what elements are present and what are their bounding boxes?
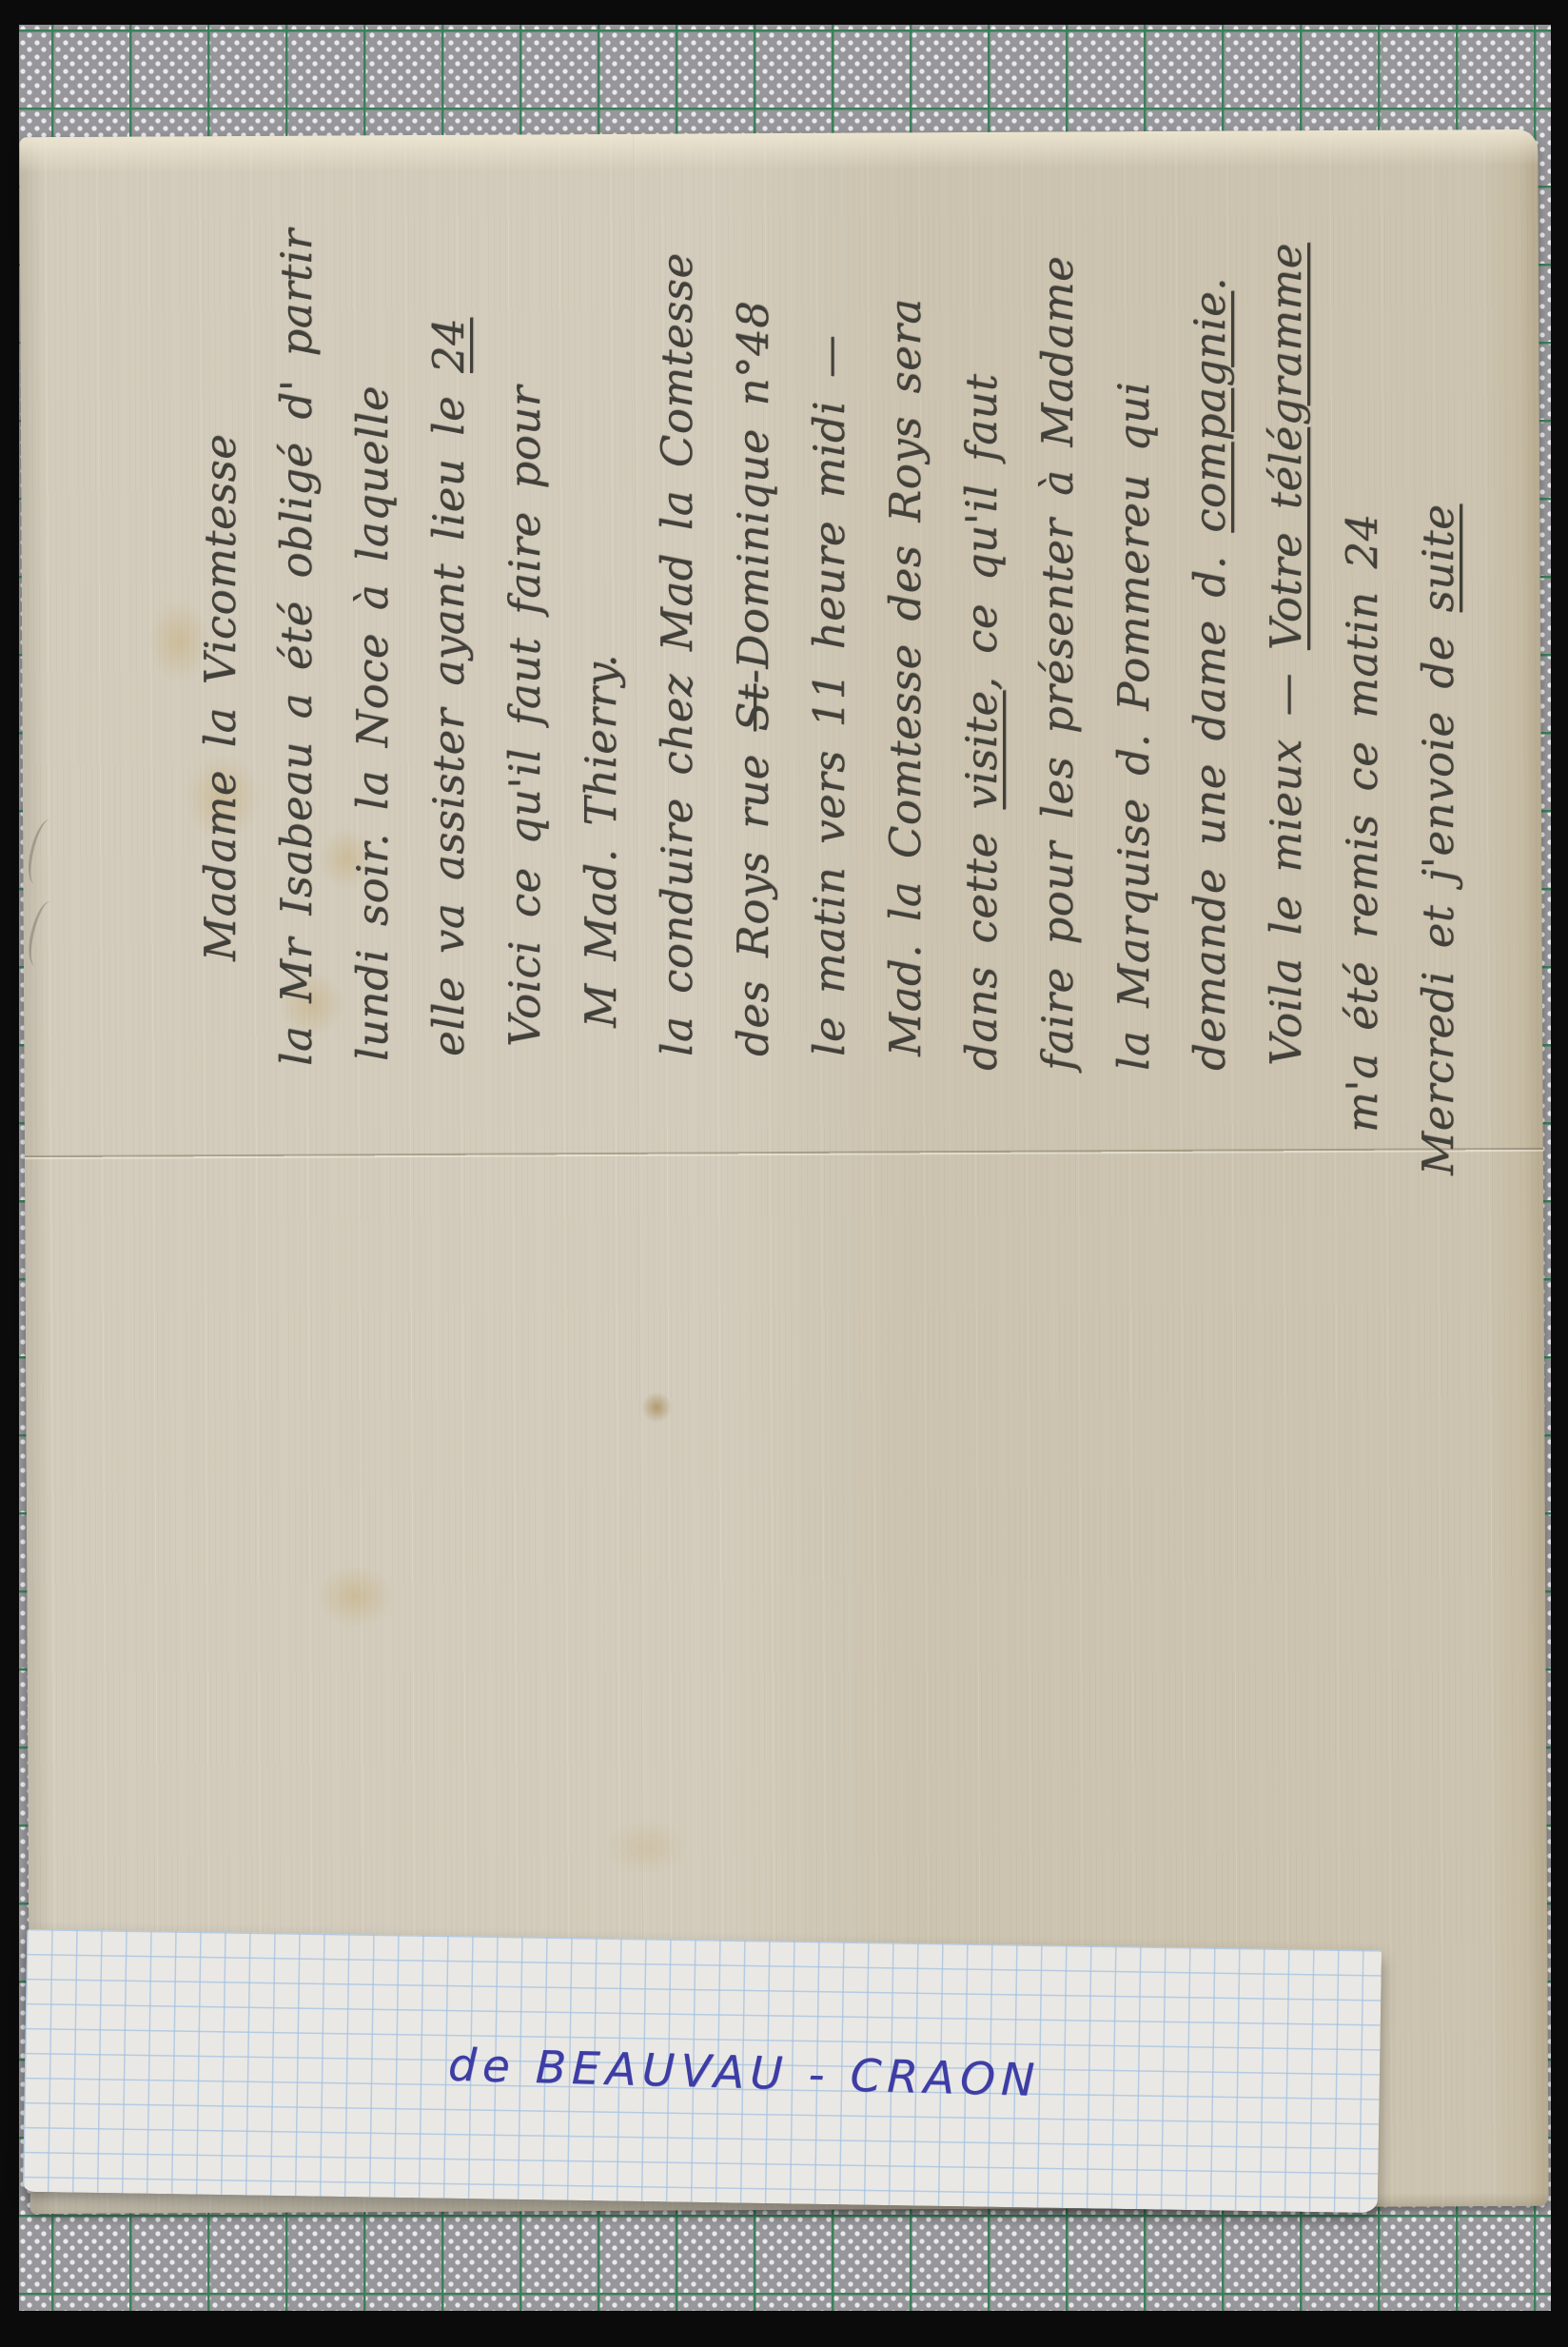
letter-line: des Roys rue St-Dominique n°48 (715, 107, 792, 1185)
label-slip-text: de BEAUVAU - CRAON (447, 2040, 1041, 2107)
letter-line: elle va assister ayant lieu le 24 (411, 107, 487, 1185)
letter-line: Voila le mieux — Votre télégramme (1248, 107, 1324, 1185)
letter-line-segment: faire pour les présenter à Madame (1032, 256, 1083, 1071)
letter-line-segment: . (1185, 277, 1235, 291)
letter-line-segment: visite (956, 691, 1007, 810)
letter-line-segment: lundi soir. la Noce à laquelle (347, 385, 398, 1061)
letter-line: Madame la Vicomtesse (183, 107, 259, 1185)
letter-line: lundi soir. la Noce à laquelle (335, 107, 411, 1185)
letter-line: la conduire chez Mad la Comtesse (639, 107, 715, 1185)
stain (303, 1553, 407, 1640)
handwriting-area: Madame la Vicomtessela Mr Isabeau a été … (169, 107, 1497, 1185)
letter-line: Voici ce qu'il faut faire pour (487, 107, 563, 1185)
letter-line-segment: Voici ce qu'il faut faire pour (500, 385, 550, 1047)
letter-line: la Mr Isabeau a été obligé d' partir (259, 107, 335, 1185)
letter-line-segment: St (728, 684, 778, 732)
letter-line-segment: Mercredi et j'envoie de (1413, 612, 1463, 1175)
letter-line: dans cette visite, ce qu'il faut (944, 107, 1020, 1185)
letter-line-segment: le matin vers 11 heure midi — (804, 335, 854, 1056)
letter-line-segment: , ce qu'il faut (956, 373, 1007, 690)
letter-line-segment: Votre télégramme (1261, 243, 1311, 650)
letter-line-segment: compagnie (1185, 291, 1235, 533)
letter-line-segment: la Mr Isabeau a été obligé d' partir (271, 229, 322, 1067)
letter-line: demande une dame d. compagnie. (1172, 107, 1248, 1185)
letter-line: Mad. la Comtesse des Roys sera (868, 107, 944, 1185)
letter-line-segment: M Mad. Thierry. (576, 654, 626, 1028)
stain (590, 1808, 704, 1885)
letter-line: la Marquise d. Pommereu qui (1096, 107, 1172, 1185)
letter-line-segment: Mad. la Comtesse des Roys sera (880, 298, 931, 1056)
archivist-label-slip: de BEAUVAU - CRAON (23, 1929, 1382, 2213)
letter-line-segment: dans cette (956, 810, 1007, 1071)
stain (635, 1386, 678, 1430)
letter-line-segment: Madame la Vicomtesse (195, 434, 245, 961)
letter-line-segment: des Roys rue (728, 731, 778, 1056)
letter-lines: Madame la Vicomtessela Mr Isabeau a été … (169, 107, 1497, 1185)
letter-line-segment: -Dominique n°48 (728, 301, 778, 684)
letter-line-segment: la conduire chez Mad la Comtesse (652, 252, 702, 1056)
photo-of-letter: Madame la Vicomtessela Mr Isabeau a été … (0, 0, 1568, 2347)
letter-line-segment: 24 (423, 318, 474, 373)
letter-line-segment: demande une dame d. (1185, 533, 1235, 1071)
letter-line: m'a été remis ce matin 24 (1324, 107, 1401, 1185)
letter-line: M Mad. Thierry. (563, 107, 639, 1185)
letter-line: Mercredi et j'envoie de suite (1401, 107, 1477, 1185)
letter-line-segment: suite (1413, 504, 1463, 613)
letter-line-segment: la Marquise d. Pommereu qui (1108, 382, 1159, 1071)
letter-line-segment: m'a été remis ce matin 24 (1337, 513, 1387, 1133)
letter-line: le matin vers 11 heure midi — (792, 107, 868, 1185)
letter-line-segment: elle va assister ayant lieu le (423, 373, 474, 1056)
cut-off-margin-writing (25, 803, 64, 1003)
letter-line-segment: Voila le mieux — (1261, 650, 1311, 1066)
letter-line: faire pour les présenter à Madame (1020, 107, 1096, 1185)
